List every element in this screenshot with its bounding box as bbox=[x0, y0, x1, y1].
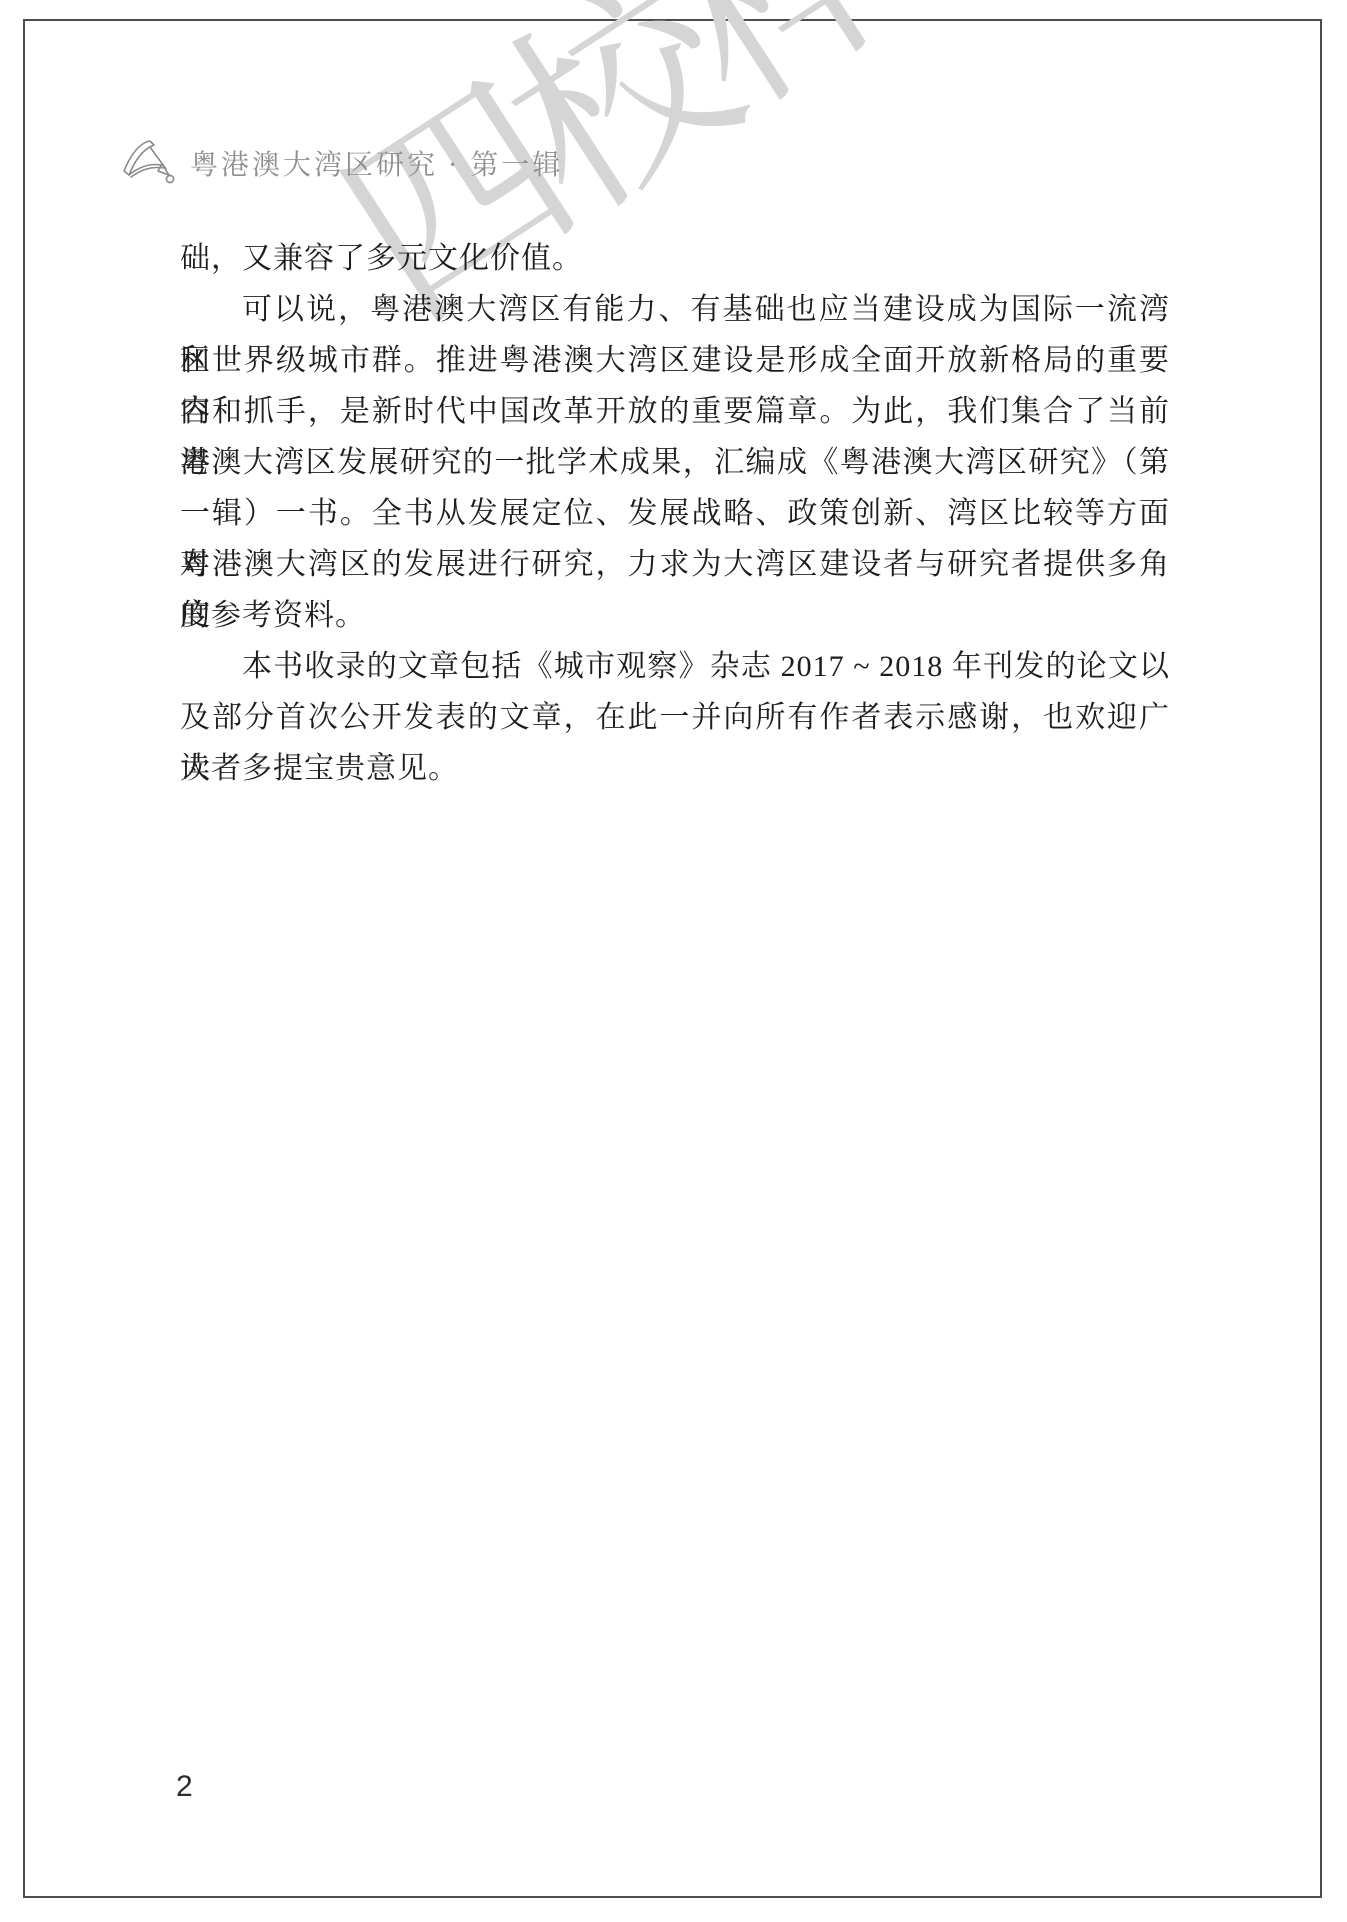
text-line: 和世界级城市群。推进粤港澳大湾区建设是形成全面开放新格局的重要内 bbox=[180, 335, 1170, 386]
text-line: 本书收录的文章包括《城市观察》杂志 2017 ~ 2018 年刊发的论文以 bbox=[180, 641, 1170, 692]
text-line: 可以说，粤港澳大湾区有能力、有基础也应当建设成为国际一流湾区 bbox=[180, 284, 1170, 335]
text-line: 一辑）一书。全书从发展定位、发展战略、政策创新、湾区比较等方面对 bbox=[180, 488, 1170, 539]
body-text-block: 础，又兼容了多元文化价值。可以说，粤港澳大湾区有能力、有基础也应当建设成为国际一… bbox=[180, 233, 1170, 794]
text-line: 读者多提宝贵意见。 bbox=[180, 743, 1170, 794]
running-head-title: 粤港澳大湾区研究 · 第一辑 bbox=[190, 143, 563, 183]
running-head: 粤港澳大湾区研究 · 第一辑 bbox=[120, 138, 563, 188]
text-line: 及部分首次公开发表的文章，在此一并向所有作者表示感谢，也欢迎广大 bbox=[180, 692, 1170, 743]
text-line: 港澳大湾区发展研究的一批学术成果，汇编成《粤港澳大湾区研究》（第 bbox=[180, 437, 1170, 488]
text-line: 础，又兼容了多元文化价值。 bbox=[180, 233, 1170, 284]
book-pen-icon bbox=[120, 138, 178, 188]
text-line: 粤港澳大湾区的发展进行研究，力求为大湾区建设者与研究者提供多角度 bbox=[180, 539, 1170, 590]
page-number: 2 bbox=[176, 1770, 193, 1804]
text-line: 的参考资料。 bbox=[180, 590, 1170, 641]
text-line: 容和抓手，是新时代中国改革开放的重要篇章。为此，我们集合了当前粤 bbox=[180, 386, 1170, 437]
